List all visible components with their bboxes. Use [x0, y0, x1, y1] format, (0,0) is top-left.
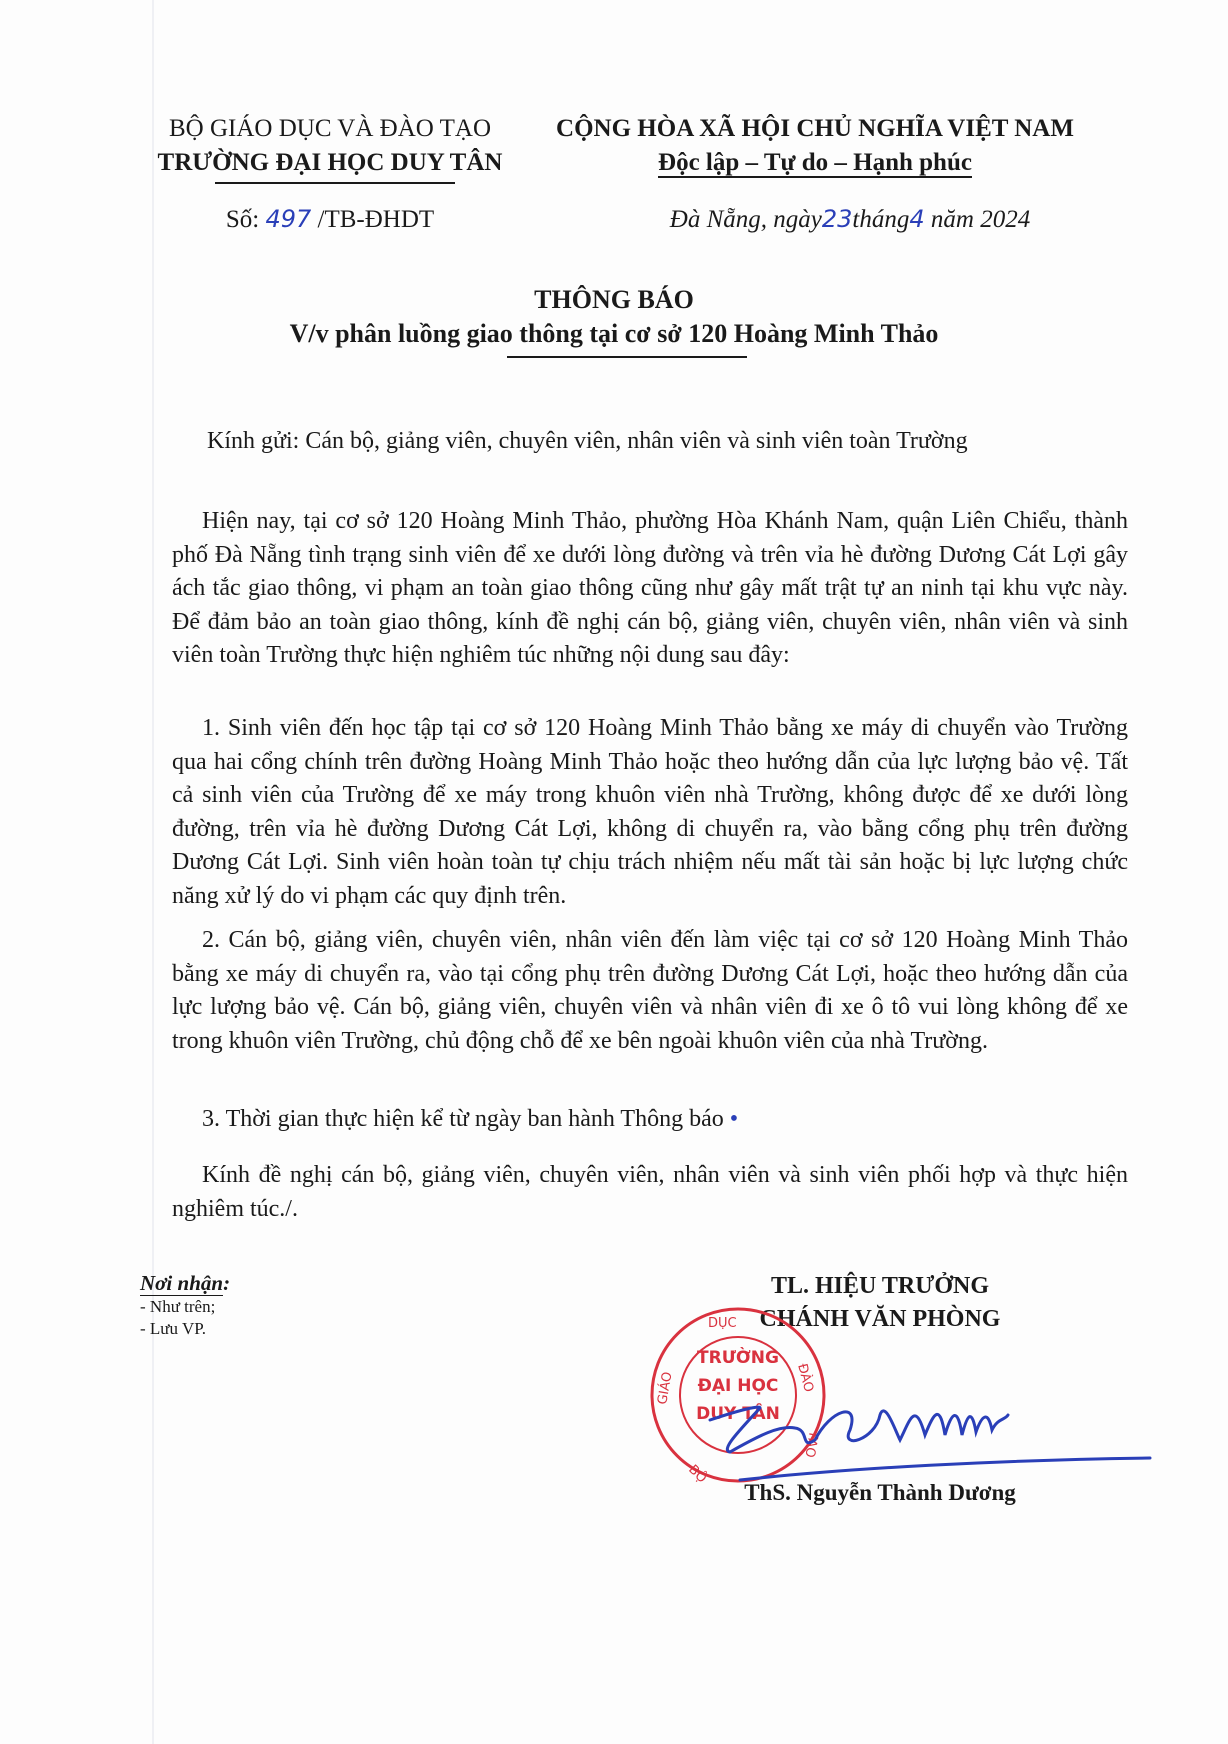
svg-text:GIÁO: GIÁO — [654, 1371, 675, 1406]
recipients-block: Nơi nhận: - Như trên; - Lưu VP. — [140, 1270, 230, 1340]
handwritten-day: 23 — [822, 205, 853, 233]
handwritten-signature-icon — [700, 1380, 1160, 1490]
title-subject: V/v phân luồng giao thông tại cơ sở 120 … — [0, 317, 1228, 351]
intro-paragraph: Hiện nay, tại cơ sở 120 Hoàng Minh Thảo,… — [172, 505, 1128, 673]
document-page: BỘ GIÁO DỤC VÀ ĐÀO TẠO TRƯỜNG ĐẠI HỌC DU… — [0, 0, 1228, 1744]
country-name: CỘNG HÒA XÃ HỘI CHỦ NGHĨA VIỆT NAM — [535, 112, 1095, 146]
title-heading: THÔNG BÁO — [0, 283, 1228, 317]
issuer-block: BỘ GIÁO DỤC VÀ ĐÀO TẠO TRƯỜNG ĐẠI HỌC DU… — [120, 112, 540, 180]
signer-name: ThS. Nguyễn Thành Dương — [700, 1480, 1060, 1506]
svg-text:DỤC: DỤC — [708, 1316, 737, 1331]
document-number: Số: 497 /TB-ĐHDT — [120, 205, 540, 234]
university-name: TRƯỜNG ĐẠI HỌC DUY TÂN — [120, 146, 540, 180]
national-header: CỘNG HÒA XÃ HỘI CHỦ NGHĨA VIỆT NAM Độc l… — [535, 112, 1095, 180]
document-date: Đà Nẵng, ngày23tháng4 năm 2024 — [600, 205, 1100, 234]
recipients-heading: Nơi nhận: — [140, 1270, 230, 1296]
item-2: 2. Cán bộ, giảng viên, chuyên viên, nhân… — [172, 924, 1128, 1058]
scan-artifact — [152, 0, 154, 1744]
recipient-item: - Lưu VP. — [140, 1318, 230, 1340]
svg-text:TRƯỜNG: TRƯỜNG — [697, 1346, 779, 1368]
item-3: 3. Thời gian thực hiện kể từ ngày ban hà… — [172, 1103, 1128, 1137]
national-motto: Độc lập – Tự do – Hạnh phúc — [535, 146, 1095, 180]
salutation: Kính gửi: Cán bộ, giảng viên, chuyên viê… — [207, 425, 1163, 459]
item-1: 1. Sinh viên đến học tập tại cơ sở 120 H… — [172, 712, 1128, 913]
ministry-name: BỘ GIÁO DỤC VÀ ĐÀO TẠO — [120, 112, 540, 146]
handwritten-month: 4 — [909, 205, 924, 233]
document-title: THÔNG BÁO V/v phân luồng giao thông tại … — [0, 283, 1228, 351]
signature-on-behalf: TL. HIỆU TRƯỞNG — [700, 1270, 1060, 1303]
closing-paragraph: Kính đề nghị cán bộ, giảng viên, chuyên … — [172, 1159, 1128, 1226]
recipient-item: - Như trên; — [140, 1296, 230, 1318]
handwritten-number: 497 — [265, 205, 311, 233]
ink-mark: • — [730, 1106, 738, 1132]
